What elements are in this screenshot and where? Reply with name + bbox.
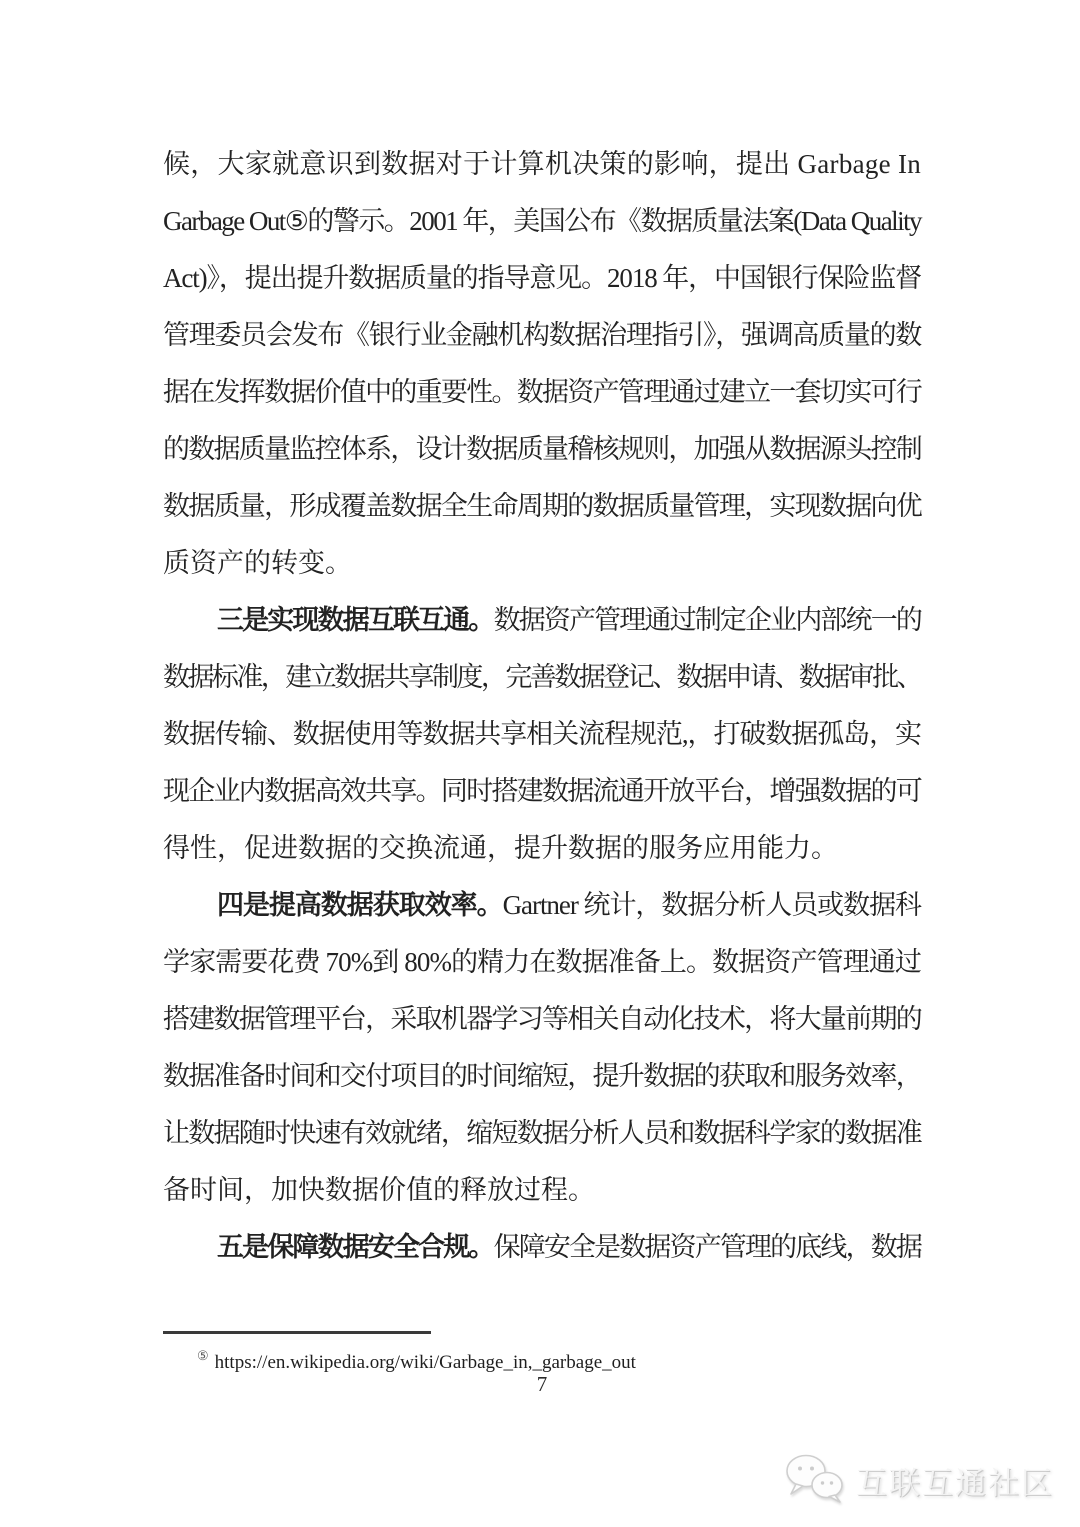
bold-lead: 四是提高数据获取效率。 xyxy=(217,890,503,920)
text-line: 候，大家就意识到数据对于计算机决策的影响，提出 Garbage In xyxy=(163,136,921,193)
lead-line-rest: 数据资产管理通过制定企业内部统一的 xyxy=(494,605,921,635)
text-line: 数据质量，形成覆盖数据全生命周期的数据质量管理，实现数据向优 xyxy=(163,478,921,535)
text-line: 质资产的转变。 xyxy=(163,535,921,592)
document-page: 候，大家就意识到数据对于计算机决策的影响，提出 Garbage In Garba… xyxy=(0,0,1080,1527)
footnote-area: ⑤https://en.wikipedia.org/wiki/Garbage_i… xyxy=(163,1331,921,1374)
footnote-marker: ⑤ xyxy=(197,1348,209,1363)
text-line: 的数据质量监控体系，设计数据质量稽核规则，加强从数据源头控制 xyxy=(163,421,921,478)
text-line: 数据传输、数据使用等数据共享相关流程规范,，打破数据孤岛，实 xyxy=(163,706,921,763)
paragraph-lead-line: 四是提高数据获取效率。Gartner 统计，数据分析人员或数据科 xyxy=(163,877,921,934)
text-line: 让数据随时快速有效就绪，缩短数据分析人员和数据科学家的数据准 xyxy=(163,1105,921,1162)
text-line: Act)》，提出提升数据质量的指导意见。2018 年，中国银行保险监督 xyxy=(163,250,921,307)
paragraph-lead-line: 三是实现数据互联互通。数据资产管理通过制定企业内部统一的 xyxy=(163,592,921,649)
paragraph-lead-line: 五是保障数据安全合规。保障安全是数据资产管理的底线，数据 xyxy=(163,1219,921,1276)
wechat-icon xyxy=(784,1452,846,1509)
page-number: 7 xyxy=(163,1372,921,1397)
watermark-label: 互联互通社区 xyxy=(856,1458,1054,1503)
text-line: 数据标准，建立数据共享制度，完善数据登记、数据申请、数据审批、 xyxy=(163,649,921,706)
text-line: 数据准备时间和交付项目的时间缩短，提升数据的获取和服务效率， xyxy=(163,1048,921,1105)
text-line: 搭建数据管理平台，采取机器学习等相关自动化技术，将大量前期的 xyxy=(163,991,921,1048)
bold-lead: 五是保障数据安全合规。 xyxy=(217,1232,494,1262)
text-line: 管理委员会发布《银行业金融机构数据治理指引》，强调高质量的数 xyxy=(163,307,921,364)
footnote-divider xyxy=(163,1331,431,1334)
watermark: 互联互通社区 xyxy=(784,1452,1054,1509)
page-body: 候，大家就意识到数据对于计算机决策的影响，提出 Garbage In Garba… xyxy=(163,136,921,1276)
text-line: 备时间，加快数据价值的释放过程。 xyxy=(163,1162,921,1219)
text-line: 据在发挥数据价值中的重要性。数据资产管理通过建立一套切实可行 xyxy=(163,364,921,421)
lead-line-rest: Gartner 统计，数据分析人员或数据科 xyxy=(503,890,921,920)
bold-lead: 三是实现数据互联互通。 xyxy=(217,605,494,635)
text-line: Garbage Out⑤的警示。2001 年，美国公布《数据质量法案(Data … xyxy=(163,193,921,250)
paragraph: 三是实现数据互联互通。数据资产管理通过制定企业内部统一的 数据标准，建立数据共享… xyxy=(163,592,921,877)
text-line: 学家需要花费 70%到 80%的精力在数据准备上。数据资产管理通过 xyxy=(163,934,921,991)
text-line: 现企业内数据高效共享。同时搭建数据流通开放平台，增强数据的可 xyxy=(163,763,921,820)
text-line: 得性，促进数据的交换流通，提升数据的服务应用能力。 xyxy=(163,820,921,877)
footnote: ⑤https://en.wikipedia.org/wiki/Garbage_i… xyxy=(163,1348,921,1374)
paragraph: 五是保障数据安全合规。保障安全是数据资产管理的底线，数据 xyxy=(163,1219,921,1276)
footnote-url: https://en.wikipedia.org/wiki/Garbage_in… xyxy=(215,1352,636,1373)
paragraph: 候，大家就意识到数据对于计算机决策的影响，提出 Garbage In Garba… xyxy=(163,136,921,592)
lead-line-rest: 保障安全是数据资产管理的底线，数据 xyxy=(494,1232,921,1262)
paragraph: 四是提高数据获取效率。Gartner 统计，数据分析人员或数据科 学家需要花费 … xyxy=(163,877,921,1219)
